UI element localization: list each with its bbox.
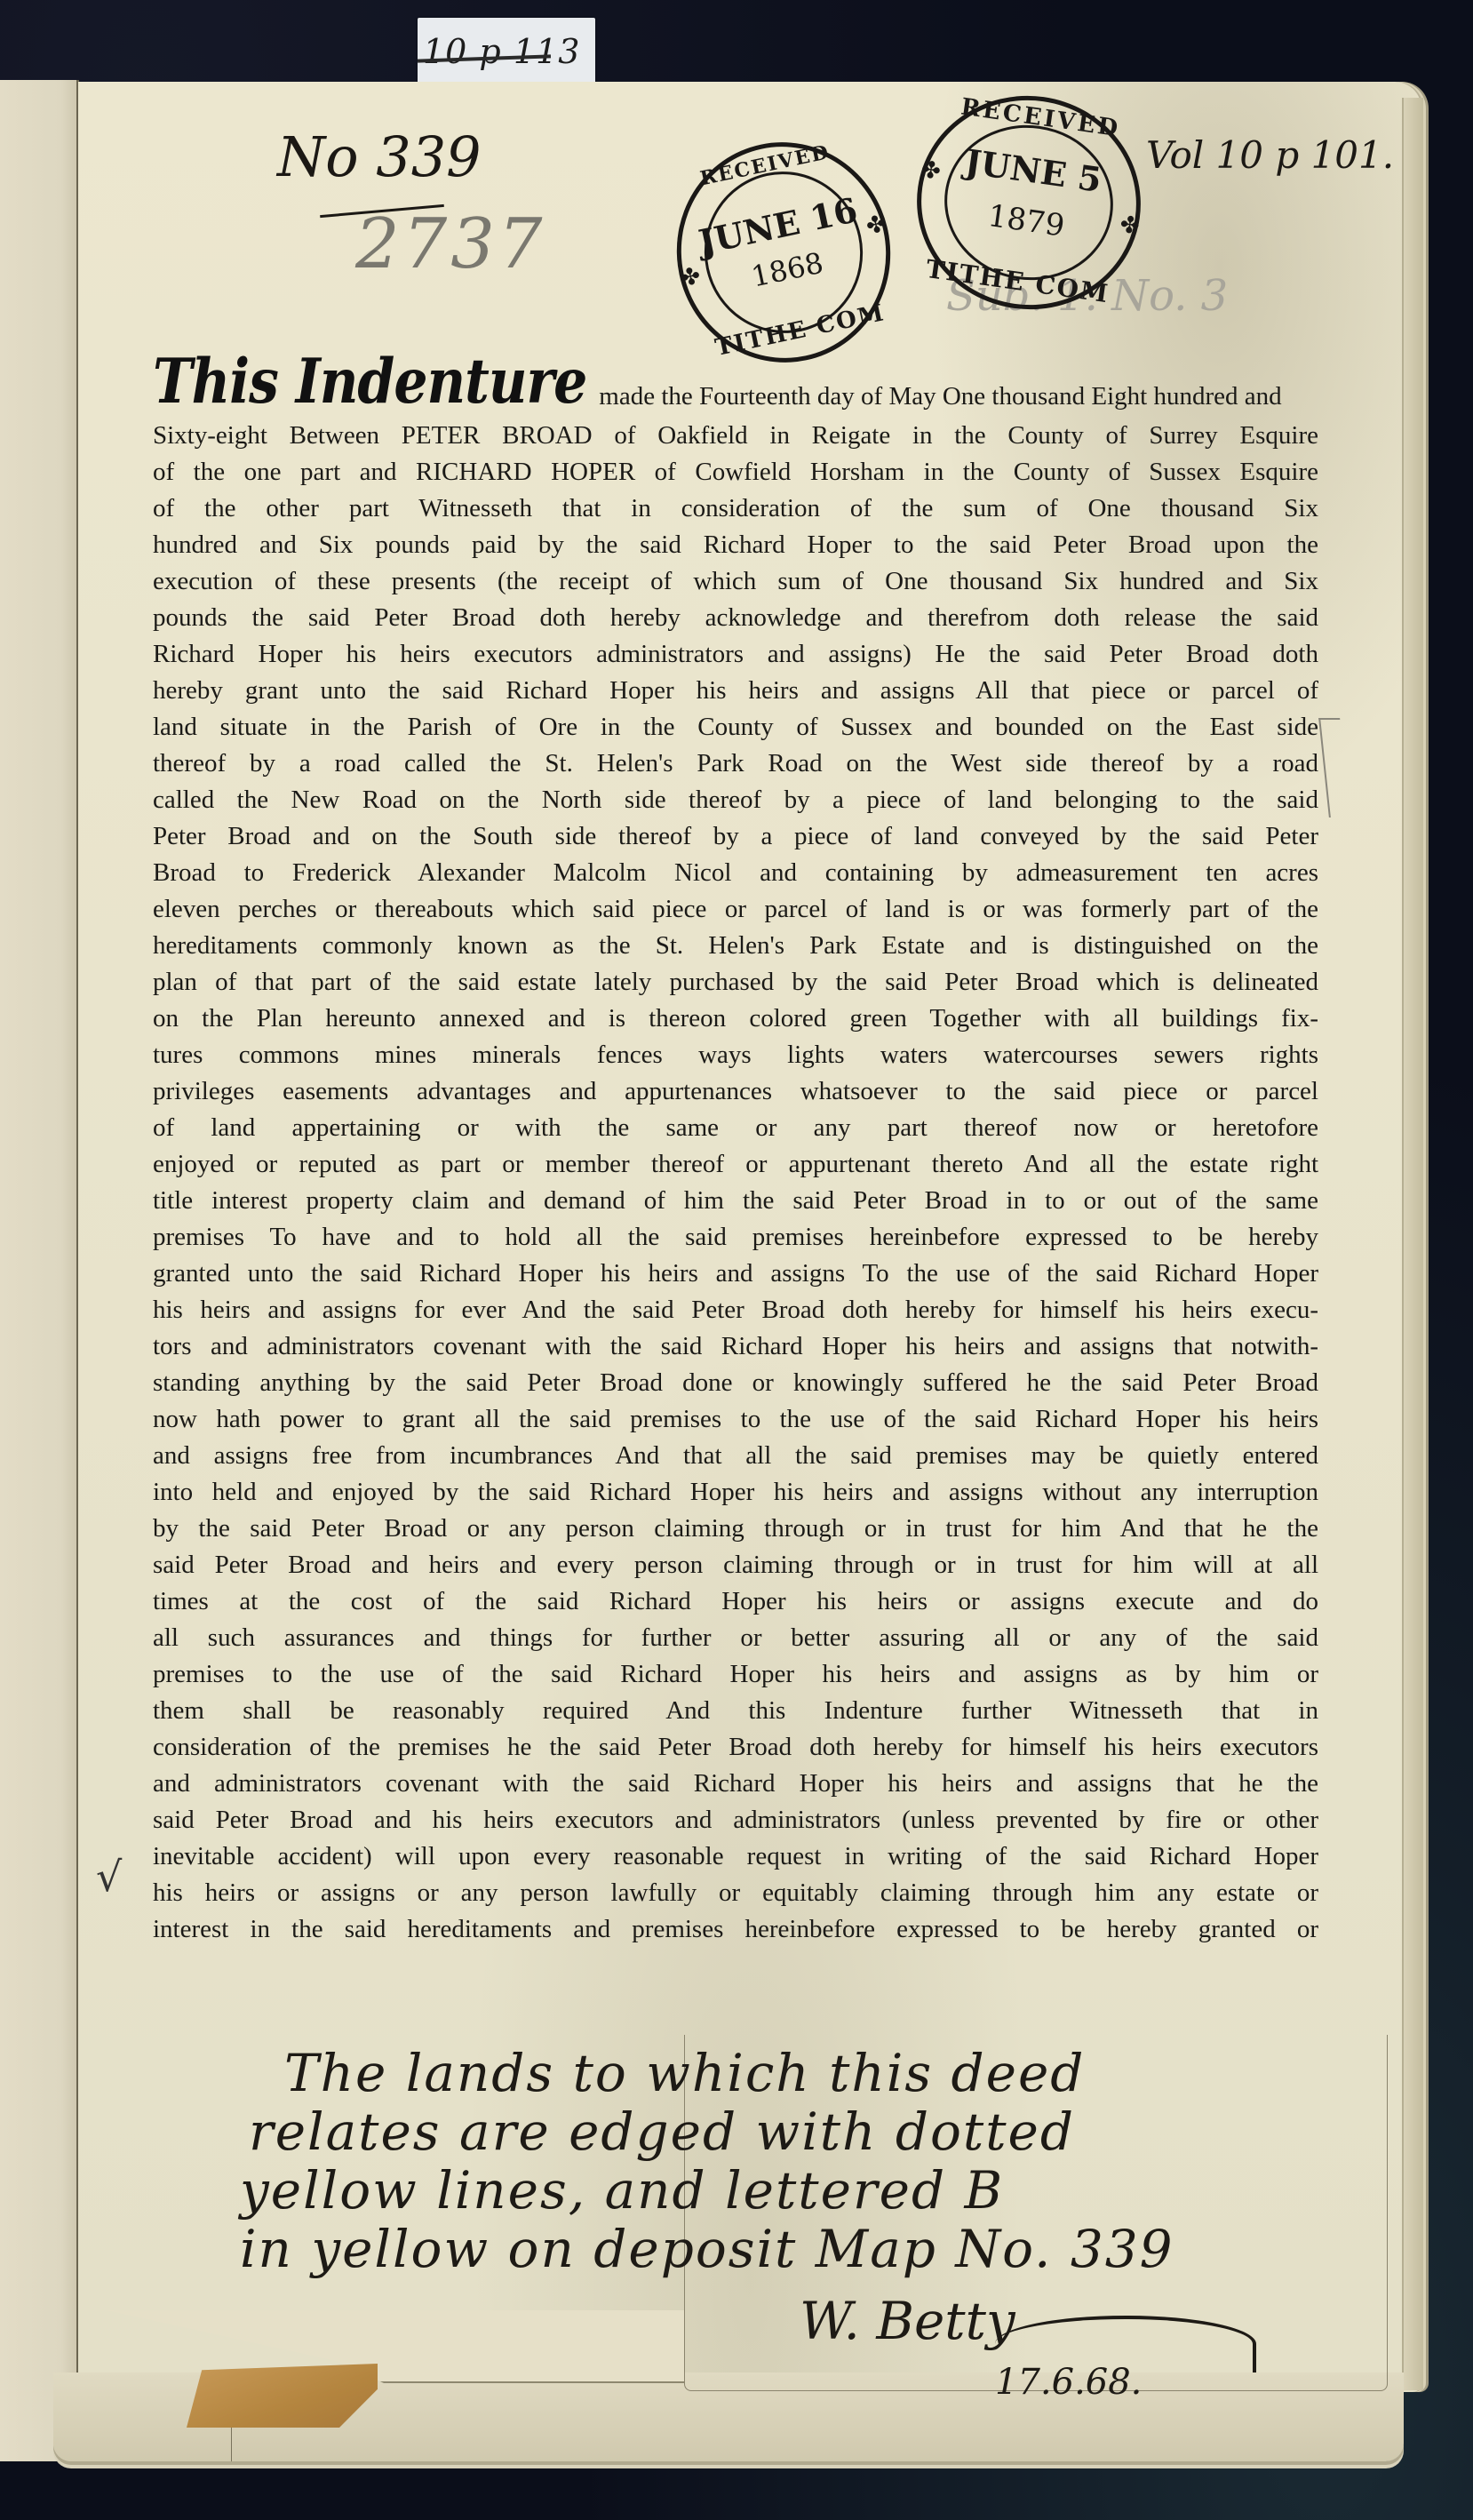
text-line: all such assurances and things for furth… [153,1620,1318,1656]
text-line: into held and enjoyed by the said Richar… [153,1474,1318,1511]
text-line: premises to the use of the said Richard … [153,1656,1318,1693]
brown-paper-tab [187,2364,378,2428]
text-line: eleven perches or thereabouts which said… [153,891,1318,928]
text-line: of the one part and RICHARD HOPER of Cow… [153,454,1318,490]
text-line: execution of these presents (the receipt… [153,563,1318,600]
text-line: his heirs and assigns for ever And the s… [153,1292,1318,1328]
text-line: Broad to Frederick Alexander Malcolm Nic… [153,855,1318,891]
text-line: land situate in the Parish of Ore in the… [153,709,1318,746]
right-page-edge [1402,98,1423,2390]
text-line: interest in the said hereditaments and p… [153,1911,1318,1948]
binder-tab-text: 10 p 113 [423,32,580,71]
text-line: inevitable accident) will upon every rea… [153,1838,1318,1875]
text-line: hundred and Six pounds paid by the said … [153,527,1318,563]
cross-ornament-icon: ✤ [679,262,704,292]
margin-checkmark: √ [96,1853,122,1901]
signature-date: 17.6.68. [995,2362,1142,2403]
text-line: Sixty-eight Between PETER BROAD of Oakfi… [153,418,1318,454]
text-line: now hath power to grant all the said pre… [153,1401,1318,1438]
text-line: standing anything by the said Peter Broa… [153,1365,1318,1401]
text-line: of the other part Witnesseth that in con… [153,490,1318,527]
text-line: consideration of the premises he the sai… [153,1729,1318,1766]
text-line: hereditaments commonly known as the St. … [153,928,1318,964]
text-line: them shall be reasonably required And th… [153,1693,1318,1729]
text-line: times at the cost of the said Richard Ho… [153,1583,1318,1620]
text-line: and administrators covenant with the sai… [153,1766,1318,1802]
indenture-body: This Indenture made the Fourteenth day o… [153,355,1318,1948]
cross-ornament-icon: ✤ [1119,211,1142,241]
signature: W. Betty [800,2291,1015,2351]
heading-row: This Indenture made the Fourteenth day o… [153,355,1318,418]
text-line: Richard Hoper his heirs executors admini… [153,636,1318,673]
left-page-edge [0,80,79,2461]
text-line: pounds the said Peter Broad doth hereby … [153,600,1318,636]
text-line: on the Plan hereunto annexed and is ther… [153,1001,1318,1037]
document-number: No 339 [277,124,482,189]
text-line: and assigns free from incumbrances And t… [153,1438,1318,1474]
pencil-number: 2737 [355,204,546,284]
binder-tab-label: 10 p 113 [418,18,595,85]
text-line: hereby grant unto the said Richard Hoper… [153,673,1318,709]
text-line: said Peter Broad and heirs and every per… [153,1547,1318,1583]
volume-reference: Vol 10 p 101. [1146,133,1394,177]
text-line: privileges easements advantages and appu… [153,1073,1318,1110]
text-line: enjoyed or reputed as part or member the… [153,1146,1318,1183]
text-line: called the New Road on the North side th… [153,782,1318,818]
text-line: title interest property claim and demand… [153,1183,1318,1219]
text-line: premises To have and to hold all the sai… [153,1219,1318,1256]
text-line: thereof by a road called the St. Helen's… [153,746,1318,782]
text-line: tures commons mines minerals fences ways… [153,1037,1318,1073]
text-line: tors and administrators covenant with th… [153,1328,1318,1365]
note-line: relates are edged with dotted [249,2102,1386,2161]
text-line: of land appertaining or with the same or… [153,1110,1318,1146]
handwritten-note: The lands to which this deed relates are… [231,2044,1386,2278]
text-line: made the Fourteenth day of May One thous… [599,382,1281,411]
text-line: granted unto the said Richard Hoper his … [153,1256,1318,1292]
note-line: in yellow on deposit Map No. 339 [240,2220,1386,2278]
note-line: yellow lines, and lettered B [240,2161,1386,2220]
text-line: Peter Broad and on the South side thereo… [153,818,1318,855]
text-line: his heirs or assigns or any person lawfu… [153,1875,1318,1911]
text-line: by the said Peter Broad or any person cl… [153,1511,1318,1547]
cross-ornament-icon: ✤ [920,156,943,186]
text-line: plan of that part of the said estate lat… [153,964,1318,1001]
note-line: The lands to which this deed [284,2044,1386,2102]
text-line: said Peter Broad and his heirs executors… [153,1802,1318,1838]
indenture-heading: This Indenture [153,347,586,419]
